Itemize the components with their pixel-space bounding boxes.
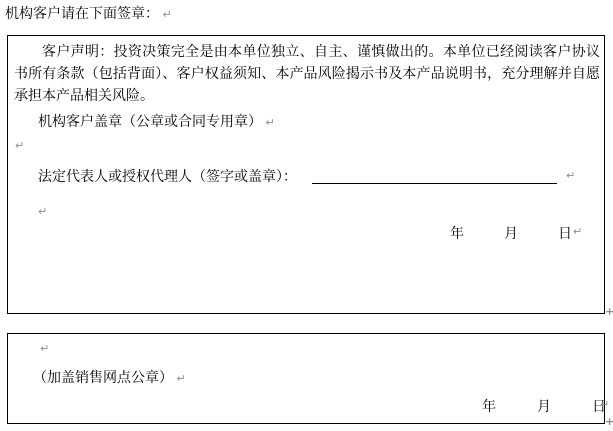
signature-label: 法定代表人或授权代理人（签字或盖章）： (38, 170, 297, 185)
sales-seal-label: （加盖销售网点公章） (33, 371, 173, 386)
institution-signature-box: 客户声明：投资决策完全是由本单位独立、自主、谨慎做出的。本单位已经阅读客户协议书… (7, 35, 605, 314)
institution-date-line: 年 月 日 (450, 223, 572, 243)
paragraph-mark-icon: ↵ (266, 116, 275, 129)
institution-seal-label: 机构客户盖章（公章或合同专用章） (38, 115, 262, 130)
paragraph-mark-icon: ↵ (566, 169, 575, 182)
paragraph-mark-icon: ↵ (163, 8, 172, 21)
document-page: 机构客户请在下面签章： ↵ 客户声明：投资决策完全是由本单位独立、自主、谨慎做出… (0, 0, 613, 431)
paragraph-mark-icon: ↵ (600, 398, 609, 411)
signature-blank-line[interactable] (312, 167, 557, 184)
signature-line-row: 法定代表人或授权代理人（签字或盖章）： (38, 167, 297, 189)
paragraph-mark-icon: ↵ (573, 225, 582, 238)
paragraph-mark-icon: ↵ (177, 372, 186, 385)
table-end-mark-icon: + (605, 307, 613, 317)
sales-seal-line: （加盖销售网点公章） ↵ (33, 368, 186, 390)
date-month-label: 月 (537, 396, 551, 416)
date-month-label: 月 (504, 223, 518, 243)
paragraph-mark-icon: ↵ (38, 205, 47, 218)
table-end-mark-icon: + (605, 417, 613, 427)
institution-seal-line: 机构客户盖章（公章或合同专用章） ↵ (38, 112, 275, 134)
client-declaration-text: 客户声明：投资决策完全是由本单位独立、自主、谨慎做出的。本单位已经阅读客户协议书… (14, 42, 600, 108)
paragraph-mark-icon: ↵ (15, 139, 24, 152)
page-title: 机构客户请在下面签章： (5, 7, 159, 22)
header-line: 机构客户请在下面签章： ↵ (5, 5, 172, 25)
sales-outlet-seal-box: ↵ （加盖销售网点公章） ↵ 年 月 日 ↵ (7, 333, 605, 424)
sales-date-line: 年 月 日 (482, 396, 606, 416)
date-year-label: 年 (482, 396, 496, 416)
paragraph-mark-icon: ↵ (40, 342, 49, 355)
date-year-label: 年 (450, 223, 464, 243)
date-day-label: 日 (558, 223, 572, 243)
